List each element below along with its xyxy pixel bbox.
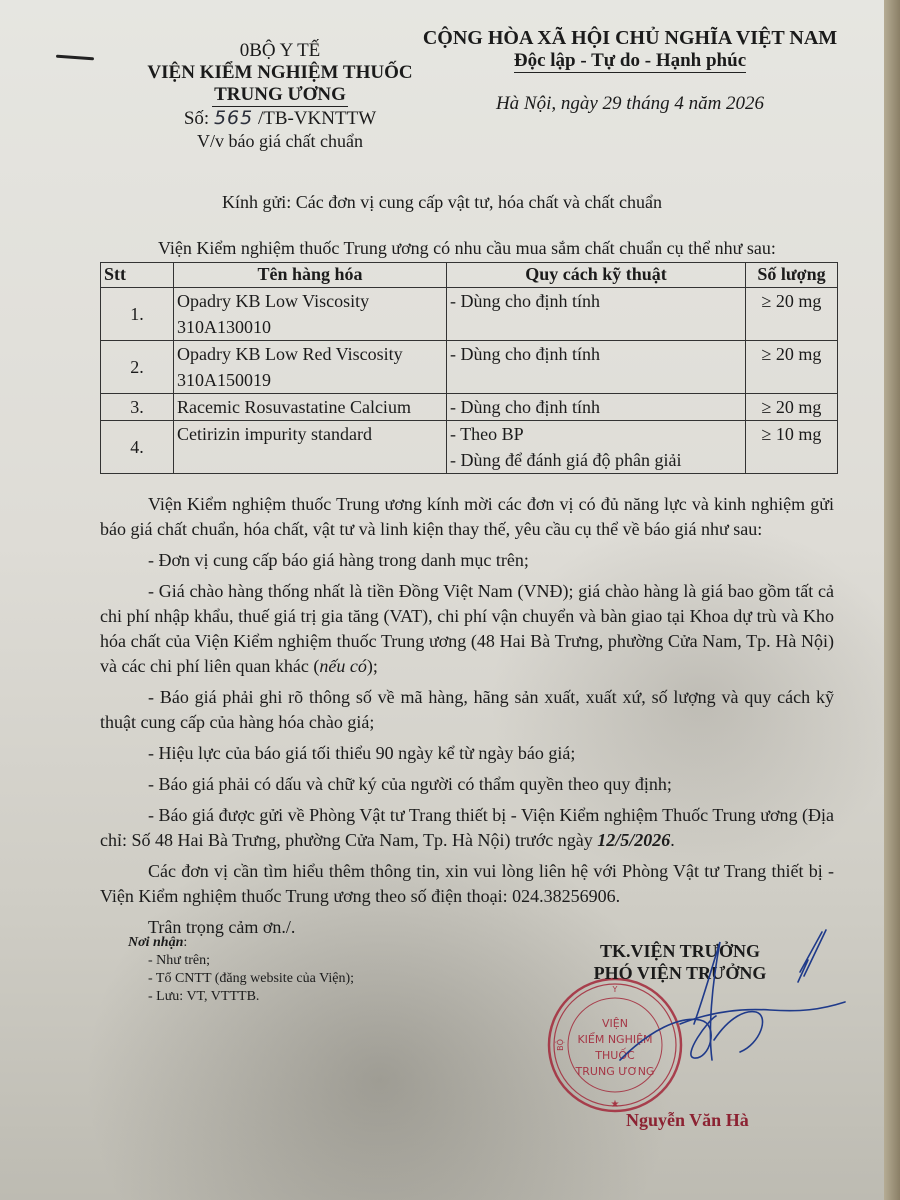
- header-stt: Stt: [101, 263, 174, 288]
- recipients-title: Nơi nhận: [128, 935, 183, 950]
- ministry-name: 0BỘ Y TẾ: [120, 40, 440, 62]
- svg-text:★: ★: [611, 1099, 620, 1110]
- national-motto: Độc lập - Tự do - Hạnh phúc: [514, 50, 746, 73]
- cell-stt: 3.: [101, 394, 174, 421]
- header-spec: Quy cách kỹ thuật: [447, 263, 746, 288]
- organization-name-line2: TRUNG ƯƠNG: [212, 84, 348, 107]
- pen-mark: [56, 55, 94, 61]
- cell-item-name: Racemic Rosuvastatine Calcium: [174, 394, 447, 421]
- place-date: Hà Nội, ngày 29 tháng 4 năm 2026: [410, 93, 850, 115]
- cell-spec: - Dùng cho định tính: [447, 394, 746, 421]
- requirement-1: - Đơn vị cung cấp báo giá hàng trong dan…: [100, 548, 834, 573]
- requirement-3: - Báo giá phải ghi rõ thông số về mã hàn…: [100, 685, 834, 735]
- contact-paragraph: Các đơn vị cần tìm hiểu thêm thông tin, …: [100, 859, 834, 909]
- intro-line: Viện Kiểm nghiệm thuốc Trung ương có nhu…: [158, 238, 776, 259]
- recipient-item: - Tổ CNTT (đăng website của Viện);: [128, 970, 354, 988]
- table-row: 4.Cetirizin impurity standard- Theo BP- …: [101, 421, 838, 474]
- cell-spec: - Dùng cho định tính: [447, 341, 746, 394]
- recipient-item: - Như trên;: [128, 952, 354, 970]
- signer-name: Nguyễn Văn Hà: [626, 1110, 749, 1131]
- cell-quantity: ≥ 20 mg: [746, 288, 838, 341]
- requirement-5: - Báo giá phải có dấu và chữ ký của ngườ…: [100, 772, 834, 797]
- recipient-item: - Lưu: VT, VTTTB.: [128, 988, 354, 1006]
- recipients-block: Nơi nhận: - Như trên; - Tổ CNTT (đăng we…: [128, 934, 354, 1006]
- svg-text:BỘ: BỘ: [554, 1039, 565, 1051]
- table-row: 2.Opadry KB Low Red Viscosity310A150019-…: [101, 341, 838, 394]
- document-subject: V/v báo giá chất chuẩn: [120, 130, 440, 152]
- table-row: 1.Opadry KB Low Viscosity310A130010- Dùn…: [101, 288, 838, 341]
- cell-quantity: ≥ 20 mg: [746, 394, 838, 421]
- issuing-authority-header: 0BỘ Y TẾ VIỆN KIỂM NGHIỆM THUỐC TRUNG ƯƠ…: [120, 40, 440, 152]
- cell-spec: - Dùng cho định tính: [447, 288, 746, 341]
- body-text: Viện Kiểm nghiệm thuốc Trung ương kính m…: [100, 492, 834, 940]
- cell-item-name: Opadry KB Low Red Viscosity310A150019: [174, 341, 447, 394]
- items-table: Stt Tên hàng hóa Quy cách kỹ thuật Số lư…: [100, 262, 838, 474]
- header-quantity: Số lượng: [746, 263, 838, 288]
- cell-stt: 2.: [101, 341, 174, 394]
- document-page: 0BỘ Y TẾ VIỆN KIỂM NGHIỆM THUỐC TRUNG ƯƠ…: [0, 0, 884, 1200]
- table-row: 3.Racemic Rosuvastatine Calcium- Dùng ch…: [101, 394, 838, 421]
- number-prefix: Số:: [184, 108, 209, 129]
- organization-name-line1: VIỆN KIỂM NGHIỆM THUỐC: [120, 62, 440, 84]
- national-header: CỘNG HÒA XÃ HỘI CHỦ NGHĨA VIỆT NAM Độc l…: [410, 26, 850, 115]
- cell-stt: 1.: [101, 288, 174, 341]
- country-name: CỘNG HÒA XÃ HỘI CHỦ NGHĨA VIỆT NAM: [410, 26, 850, 50]
- addressee-line: Kính gửi: Các đơn vị cung cấp vật tư, hó…: [0, 192, 884, 213]
- cell-item-name: Opadry KB Low Viscosity310A130010: [174, 288, 447, 341]
- header-item-name: Tên hàng hóa: [174, 263, 447, 288]
- requirement-2: - Giá chào hàng thống nhất là tiền Đồng …: [100, 579, 834, 679]
- deadline-date: 12/5/2026: [597, 830, 670, 850]
- cell-quantity: ≥ 10 mg: [746, 421, 838, 474]
- desk-edge: [884, 0, 900, 1200]
- invitation-paragraph: Viện Kiểm nghiệm thuốc Trung ương kính m…: [100, 492, 834, 542]
- cell-spec: - Theo BP- Dùng để đánh giá độ phân giải: [447, 421, 746, 474]
- table-header-row: Stt Tên hàng hóa Quy cách kỹ thuật Số lư…: [101, 263, 838, 288]
- cell-quantity: ≥ 20 mg: [746, 341, 838, 394]
- handwritten-number: 565: [214, 107, 253, 129]
- handwritten-signature: [590, 920, 850, 1090]
- number-suffix: /TB-VKNTTW: [258, 108, 376, 129]
- requirement-4: - Hiệu lực của báo giá tối thiểu 90 ngày…: [100, 741, 834, 766]
- requirement-6: - Báo giá được gửi về Phòng Vật tư Trang…: [100, 803, 834, 853]
- document-number: Số: 565 /TB-VKNTTW: [120, 107, 440, 130]
- cell-stt: 4.: [101, 421, 174, 474]
- cell-item-name: Cetirizin impurity standard: [174, 421, 447, 474]
